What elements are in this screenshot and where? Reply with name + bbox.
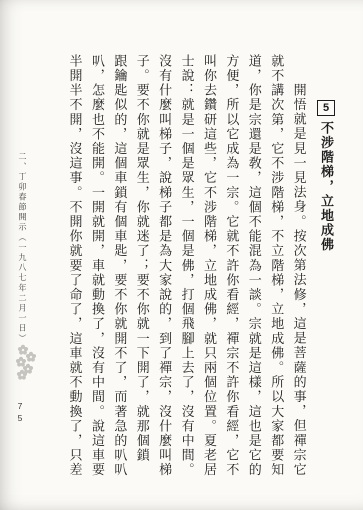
body-column: 士說：就是一個是眾生，一個是佛，打個飛腳上去了，沒有中間。 — [175, 54, 197, 478]
main-text-block: 5不涉階梯，立地成佛 開悟就是見一見法身。按次第法修，這是菩薩的事，但禪宗它 就… — [63, 54, 337, 478]
body-column: 叫你去鑽研這些，它不涉階梯，立地成佛，就只兩個位置。夏老居 — [198, 54, 220, 478]
section-title-text: 不涉階梯，立地成佛 — [319, 121, 334, 252]
page-number: 75 — [15, 401, 25, 425]
section-number-box: 5 — [317, 100, 335, 116]
body-column: 半開半不開，沒這事。不開你就要了命了，這車就不動換了，只差 — [63, 54, 85, 478]
body-column: 道，你是宗還是敎，這個不能混為一談。宗就是這樣，這也是它的 — [242, 54, 264, 478]
body-column: 子。要不你就是眾生，你就迷了；要不你就一下開了，就那個鎖 — [130, 54, 152, 478]
body-column: 方便，所以它成為一宗。它就不許你看經，禪宗不許你看經，它不 — [220, 54, 242, 478]
book-page: 5不涉階梯，立地成佛 開悟就是見一見法身。按次第法修，這是菩薩的事，但禪宗它 就… — [0, 0, 363, 510]
body-column: 跟鑰匙似的，這個車鎖有個車匙，要不你就開不了，而著急的叭叭 — [108, 54, 130, 478]
section-title: 5不涉階梯，立地成佛 — [315, 54, 337, 478]
plum-blossom-stamp-icon — [13, 344, 40, 380]
body-column: 就不講次第，它不涉階梯，不立階梯，立地成佛。所以大家都要知 — [265, 54, 287, 478]
body-column: 開悟就是見一見法身。按次第法修，這是菩薩的事，但禪宗它 — [287, 54, 309, 478]
body-column: 沒有什麼叫梯子，說梯子都是為大家說的，到了禪宗，沒什麼叫梯 — [153, 54, 175, 478]
body-column: 叭，怎麼也不能開。一開就開，車就動換了，沒有中間。說這車要 — [86, 54, 108, 478]
